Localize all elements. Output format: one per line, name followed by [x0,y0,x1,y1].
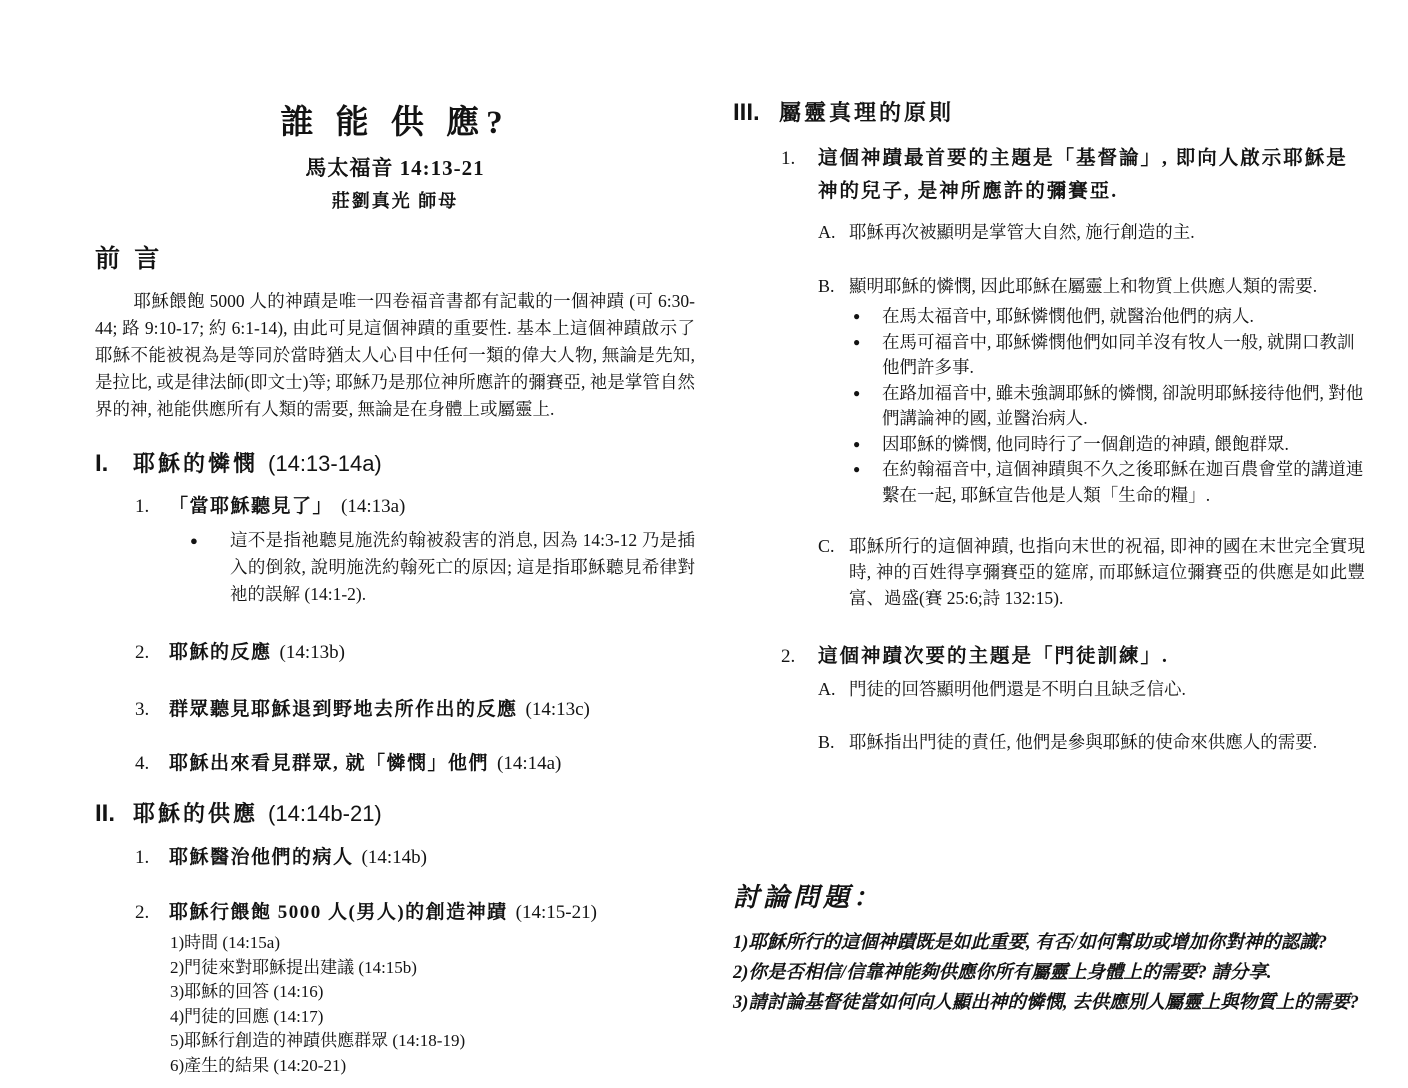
bullet-text: 在約翰福音中, 這個神蹟與不久之後耶穌在迦百農會堂的講道連繫在一起, 耶穌宣告他… [882,457,1365,508]
item-number: 2. [781,640,818,673]
outline-item: 2. 耶穌行餵飽 5000 人(男人)的創造神蹟 (14:15-21) [95,897,695,924]
bullet-text: 因耶穌的憐憫, 他同時行了一個創造的神蹟, 餵飽群眾. [882,432,1289,458]
item-number: 1. [135,496,169,518]
bullet-text: 這不是指祂聽見施洗約翰被殺害的消息, 因為 14:3-12 乃是插入的倒敘, 說… [230,527,695,608]
outline-item: 4. 耶穌出來看見群眾, 就「憐憫」他們 (14:14a) [95,748,695,775]
lettered-item: A. 門徒的回答顯明他們還是不明白且缺乏信心. [733,676,1365,702]
sub-item: 5)耶穌行創造的神蹟供應群眾 (14:18-19) [170,1029,695,1054]
discussion-heading: 討論問題： [733,877,1365,914]
lettered-item: C. 耶穌所行的這個神蹟, 也指向末世的祝福, 即神的國在末世完全實現時, 神的… [733,533,1365,611]
left-column: 誰 能 供 應? 馬太福音 14:13-21 莊劉真光 師母 前 言 耶穌餵飽 … [95,0,695,1078]
item-letter: B. [818,273,849,299]
sub-item: 1)時間 (14:15a) [170,931,695,956]
item-text: 耶穌所行的這個神蹟, 也指向末世的祝福, 即神的國在末世完全實現時, 神的百姓得… [849,533,1365,611]
scripture-reference: 馬太福音 14:13-21 [95,152,695,182]
item-ref: (14:14a) [497,753,561,775]
item-text: 顯明耶穌的憐憫, 因此耶穌在屬靈上和物質上供應人類的需要. [849,273,1317,299]
bullet-icon: ● [853,457,882,508]
item-number: 4. [135,753,169,775]
bullet-item: ● 這不是指祂聽見施洗約翰被殺害的消息, 因為 14:3-12 乃是插入的倒敘,… [95,527,695,608]
outline-item: 2. 這個神蹟次要的主題是「門徒訓練」. [733,640,1365,673]
outline-item: 2. 耶穌的反應 (14:13b) [95,637,695,664]
outline-item: 1. 這個神蹟最首要的主題是「基督論」, 即向人啟示耶穌是神的兒子, 是神所應許… [733,142,1365,208]
discussion-question: 3)請討論基督徒當如何向人顯出神的憐憫, 去供應別人屬靈上與物質上的需要? [733,988,1365,1018]
item-number: 2. [135,642,169,664]
lettered-item: B. 耶穌指出門徒的責任, 他們是參與耶穌的使命來供應人的需要. [733,729,1365,755]
bullet-icon: ● [853,304,882,330]
item-number: 1. [135,847,169,869]
section-2-numeral: II. [95,800,133,828]
sub-item: 6)產生的結果 (14:20-21) [170,1054,695,1079]
item-title: 這個神蹟次要的主題是「門徒訓練」. [818,640,1169,673]
item-ref: (14:13b) [280,642,345,664]
outline-item: 1. 「當耶穌聽見了」 (14:13a) [95,491,695,518]
bullet-item: ● 在路加福音中, 雖未強調耶穌的憐憫, 卻說明耶穌接待他們, 對他們講論神的國… [733,381,1365,432]
bullet-item: ● 在馬太福音中, 耶穌憐憫他們, 就醫治他們的病人. [733,304,1365,330]
discussion-question: 2)你是否相信/信靠神能夠供應你所有屬靈上身體上的需要? 請分享. [733,958,1365,988]
item-text: 耶穌再次被顯明是掌管大自然, 施行創造的主. [849,219,1195,245]
outline-item: 1. 耶穌醫治他們的病人 (14:14b) [95,842,695,869]
item-letter: B. [818,729,849,755]
bullet-icon: ● [853,432,882,458]
discussion-question: 1)耶穌所行的這個神蹟既是如此重要, 有否/如何幫助或增加你對神的認識? [733,928,1365,958]
section-3-title: 屬靈真理的原則 [779,96,954,127]
item-ref: (14:13a) [341,496,405,518]
item-title: 「當耶穌聽見了」 [169,491,333,518]
item-ref: (14:15-21) [516,902,597,924]
bullet-item: ● 在約翰福音中, 這個神蹟與不久之後耶穌在迦百農會堂的講道連繫在一起, 耶穌宣… [733,457,1365,508]
section-3-numeral: III. [733,99,779,127]
item-letter: C. [818,533,849,611]
section-2-title: 耶穌的供應 [133,797,258,828]
item-number: 2. [135,902,169,924]
sermon-outline-page: { "header": { "title": "誰 能 供 應?", "scri… [0,0,1408,1088]
item-number: 3. [135,699,169,721]
lettered-item: A. 耶穌再次被顯明是掌管大自然, 施行創造的主. [733,219,1365,245]
section-3-heading: III. 屬靈真理的原則 [733,96,1365,127]
bullet-text: 在馬太福音中, 耶穌憐憫他們, 就醫治他們的病人. [882,304,1254,330]
item-title: 耶穌的反應 [169,637,272,664]
bullet-item: ● 在馬可福音中, 耶穌憐憫他們如同羊沒有牧人一般, 就開口教訓他們許多事. [733,330,1365,381]
section-2-heading: II. 耶穌的供應 (14:14b-21) [95,797,695,828]
item-ref: (14:14b) [362,847,427,869]
item-ref: (14:13c) [526,699,590,721]
item-letter: A. [818,676,849,702]
item-title: 耶穌醫治他們的病人 [169,842,354,869]
author-name: 莊劉真光 師母 [95,187,695,213]
item-title: 耶穌行餵飽 5000 人(男人)的創造神蹟 [169,897,508,924]
sub-item: 2)門徒來對耶穌提出建議 (14:15b) [170,956,695,981]
bullet-list: ● 在馬太福音中, 耶穌憐憫他們, 就醫治他們的病人. ● 在馬可福音中, 耶穌… [733,304,1365,508]
lettered-item: B. 顯明耶穌的憐憫, 因此耶穌在屬靈上和物質上供應人類的需要. [733,273,1365,299]
sub-item: 3)耶穌的回答 (14:16) [170,980,695,1005]
section-1-title: 耶穌的憐憫 [133,447,258,478]
section-1-heading: I. 耶穌的憐憫 (14:13-14a) [95,447,695,478]
preface-paragraph: 耶穌餵飽 5000 人的神蹟是唯一四卷福音書都有記載的一個神蹟 (可 6:30-… [95,288,695,423]
item-text: 耶穌指出門徒的責任, 他們是參與耶穌的使命來供應人的需要. [849,729,1317,755]
item-title: 群眾聽見耶穌退到野地去所作出的反應 [169,694,518,721]
section-1-ref: (14:13-14a) [268,451,382,477]
sub-list: 1)時間 (14:15a) 2)門徒來對耶穌提出建議 (14:15b) 3)耶穌… [95,931,695,1078]
right-column: III. 屬靈真理的原則 1. 這個神蹟最首要的主題是「基督論」, 即向人啟示耶… [733,0,1365,1018]
preface-heading: 前 言 [95,239,695,275]
item-number: 1. [781,142,818,208]
item-letter: A. [818,219,849,245]
bullet-icon: ● [190,527,230,608]
bullet-icon: ● [853,330,882,381]
bullet-text: 在路加福音中, 雖未強調耶穌的憐憫, 卻說明耶穌接待他們, 對他們講論神的國, … [882,381,1365,432]
bullet-icon: ● [853,381,882,432]
outline-item: 3. 群眾聽見耶穌退到野地去所作出的反應 (14:13c) [95,694,695,721]
item-title: 耶穌出來看見群眾, 就「憐憫」他們 [169,748,489,775]
item-title: 這個神蹟最首要的主題是「基督論」, 即向人啟示耶穌是神的兒子, 是神所應許的彌賽… [818,142,1365,208]
bullet-text: 在馬可福音中, 耶穌憐憫他們如同羊沒有牧人一般, 就開口教訓他們許多事. [882,330,1365,381]
bullet-item: ● 因耶穌的憐憫, 他同時行了一個創造的神蹟, 餵飽群眾. [733,432,1365,458]
page-title: 誰 能 供 應? [95,96,695,143]
section-2-ref: (14:14b-21) [268,801,382,827]
item-text: 門徒的回答顯明他們還是不明白且缺乏信心. [849,676,1186,702]
sub-item: 4)門徒的回應 (14:17) [170,1005,695,1030]
section-1-numeral: I. [95,450,133,478]
discussion-questions: 1)耶穌所行的這個神蹟既是如此重要, 有否/如何幫助或增加你對神的認識? 2)你… [733,928,1365,1018]
